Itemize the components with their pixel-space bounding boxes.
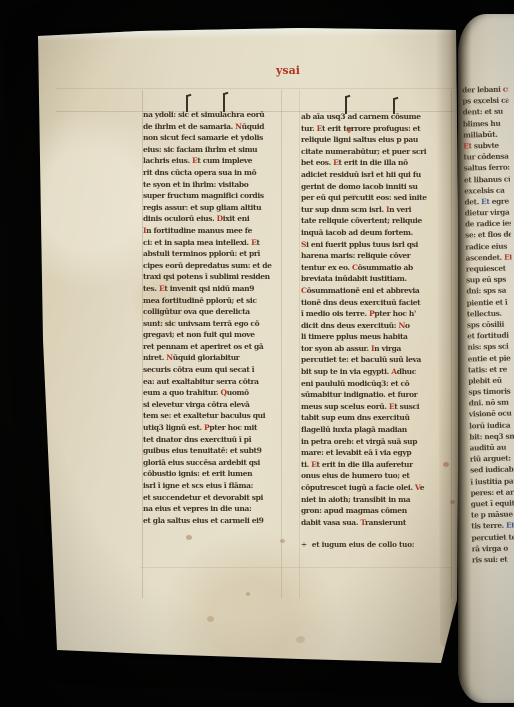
text-line: gron: apud magmas cōmen	[301, 505, 452, 517]
rubric-red-text: I	[371, 344, 374, 353]
text-line: tentur ex eo. Cōsummatio ab	[301, 262, 452, 274]
text-line: tabit sup eum dns exercituū	[301, 412, 452, 424]
text-line: mea fortitudinē pplorū; et sic	[143, 295, 280, 307]
manuscript-page-wrap: ysai na ydoli: sic et simulachra eorūde …	[0, 0, 514, 707]
rubric-red-text: I	[143, 226, 146, 235]
manuscript-page: ysai na ydoli: sic et simulachra eorūde …	[0, 0, 514, 707]
text-line: ī medio ois terre. Ppter hoc h'	[301, 308, 452, 320]
text-line: rit dns cūcta opera sua in mō	[143, 167, 280, 179]
rubric-red-text: T	[360, 518, 365, 527]
text-line: tor syon ab assur. In virga	[301, 343, 452, 355]
rubric-red-text: C	[301, 286, 307, 295]
text-line: na ydoli: sic et simulachra eorū	[143, 109, 280, 121]
text-line: gerint de domo iacob inniti su	[301, 181, 452, 193]
text-line: regis assur: et sup gliam altitu	[143, 202, 280, 214]
page-gutter-shadow	[436, 28, 458, 662]
parchment-stain	[186, 535, 192, 540]
text-line: auditū au	[469, 441, 514, 453]
page-top-edge-highlight	[36, 24, 460, 42]
rubric-red-text: E	[333, 158, 338, 167]
text-line: excelsis ca	[464, 184, 510, 196]
blue-initial-text: Et	[506, 521, 514, 530]
text-line: isrl ī igne et scs eius ī flāma:	[143, 480, 280, 492]
text-line: super fructum magnifici cordis	[143, 190, 280, 202]
text-line: onus eius de humero tuo; et	[301, 470, 452, 482]
text-line: percutiet ter	[471, 531, 514, 543]
text-line: ci: et in sapia mea intellexi. Et	[143, 237, 280, 249]
rubric-red-text: D	[217, 214, 223, 223]
text-line: tet dnator dns exercituū ī pī	[143, 434, 280, 446]
text-line: rā virga o	[472, 542, 514, 554]
text-line: breviata inūdabit iustitiam.	[301, 273, 452, 285]
text-line: inquā iacob ad deum fortem.	[301, 227, 452, 239]
text-line: te p māsue	[471, 509, 514, 521]
text-line: tem se: et exaltetur baculus qui	[143, 410, 280, 422]
text-line: niet in aioth; transibit in ma	[301, 494, 452, 506]
text-line: meus sup scelus eorū. Et susci	[301, 401, 452, 413]
ruling-line-vertical	[299, 90, 300, 598]
text-line: In fortitudine manus mee fe	[143, 225, 280, 237]
text-line: tionē dns deus exercituū faciet	[301, 297, 452, 309]
text-line: si elevetur virga cōtra elevā	[143, 399, 280, 411]
text-line: li timere pplus meus habita	[301, 331, 452, 343]
text-line: tes. Et invenit qsi nidū man9	[143, 283, 280, 295]
text-line: ret pennam et aperiret os et gā	[143, 341, 280, 353]
rubric-red-text: V	[415, 483, 420, 492]
text-line: Si eni fuerit pplus tuus isrl qsi	[301, 239, 452, 251]
rubric-red-text: E	[311, 460, 316, 469]
text-line: guibus eius tenuitatē: et subt9	[143, 445, 280, 457]
text-line: tate reliquie cōvertent; reliquie	[301, 215, 452, 227]
text-line: utiq3 lignū est. Ppter hoc mit	[143, 422, 280, 434]
rubric-red-text: S	[301, 240, 306, 249]
text-line: riū arguet:	[470, 453, 514, 465]
text-line: colligūtur ova que derelicta	[143, 306, 280, 318]
rubric-red-text: E	[389, 402, 394, 411]
next-page-text-fragment-column: der lebani cūps excelsi cadent: et subli…	[462, 84, 514, 566]
text-line: reliquie ligni saltus eius p pau	[301, 134, 452, 146]
text-line: et libanus cū	[464, 173, 510, 185]
rubric-red-text: E	[159, 284, 164, 293]
text-line: sunt: sic univsam terrā ego cō	[143, 318, 280, 330]
ruling-line-horizontal	[56, 88, 454, 89]
rubric-red-text: E	[192, 156, 197, 165]
rubric-red-text: A	[391, 367, 396, 376]
rubric-red-text: E	[317, 124, 322, 133]
text-line: percutiet te: et baculū suū leva	[301, 354, 452, 366]
rubric-red-text: N	[398, 321, 405, 330]
text-line: Cōsummationē eni et abbrevia	[301, 285, 452, 297]
text-line: mare: et levabit eā ī via egyp	[301, 447, 452, 459]
parchment-stain	[207, 616, 214, 622]
rubric-red-text: N	[166, 353, 173, 362]
text-line: dicit dns deus exercituū: No	[301, 320, 452, 332]
rubric-red-text: C	[352, 263, 358, 272]
ruling-line-horizontal	[140, 567, 452, 568]
text-line: in petra oreb: et virgā suā sup	[301, 436, 452, 448]
text-line: te syon et in ihrlm: visitabo	[143, 179, 280, 191]
text-line: ea: aut exaltabitur serra cōtra	[143, 376, 280, 388]
parchment-stain	[246, 592, 250, 596]
text-line: guet ī equita	[471, 497, 514, 509]
text-column-left: na ydoli: sic et simulachra eorūde ihrlm…	[143, 109, 280, 533]
rubric-red-text: Et	[504, 252, 512, 261]
text-line: ris sui: et	[472, 553, 514, 565]
text-line: eni paululū modicūq3: et cō	[301, 378, 452, 390]
rubric-red-text: I	[386, 205, 389, 214]
text-line: lachris eius. Et cum impleve	[143, 155, 280, 167]
blue-initial-text: Et	[481, 197, 490, 206]
correction-tie-mark: ÷	[301, 540, 307, 549]
text-line: na eius et vepres in die una:	[143, 503, 280, 515]
rubric-red-text: E	[251, 238, 256, 247]
text-line: bit: neq3 sm	[469, 430, 514, 442]
text-line: ti. Et erit in die illa auferetur	[301, 459, 452, 471]
correction-text: et iugum eius de collo tuo:	[312, 540, 414, 549]
text-line: dni: sps sa	[466, 285, 512, 297]
text-line: tur. Et erit terrore profugus: et	[301, 123, 452, 135]
text-line: cōputrescet iugū a facie olei. Ve	[301, 482, 452, 494]
text-line: dinis oculorū eius. Dixit eni	[143, 213, 280, 225]
text-line: saltus ferro:	[464, 162, 510, 174]
rubric-red-text: Q	[221, 388, 227, 397]
text-line: bet eos. Et erit in die illa nō	[301, 157, 452, 169]
text-line: ī iustitia pau	[470, 475, 514, 487]
text-line: entie et pie	[468, 352, 514, 364]
text-line: nis: sps sci	[467, 341, 513, 353]
rubric-red-text: cū	[503, 84, 508, 93]
text-column-right: ab aīa usq3 ad carnem cōsumetur. Et erit…	[301, 111, 452, 535]
text-line: abstuli terminos pplorū: et prī	[143, 248, 280, 260]
text-line: gregavi; et non fuit qui move	[143, 329, 280, 341]
text-line: flagellū iuxta plagā madian	[301, 424, 452, 436]
marginal-correction: ÷et iugum eius de collo tuo:	[301, 540, 414, 549]
parchment-stain	[280, 539, 285, 543]
photo-backdrop: ysai na ydoli: sic et simulachra eorūde …	[0, 0, 514, 707]
parchment-stain	[296, 636, 305, 643]
text-line: et gla saltus eius et carmeli ei9	[143, 515, 280, 527]
text-line: cōbustio ignis: et erit lumen	[143, 468, 280, 480]
text-line: peres: et ar	[470, 486, 514, 498]
text-line: citate numerabūtur; et puer scri	[301, 146, 452, 158]
rubric-red-text: P	[369, 309, 374, 318]
text-line: radice eius	[465, 240, 511, 252]
text-line: tur sup dnm scm isrl. In veri	[301, 204, 452, 216]
text-line: gloriā eius succēsa ardebit qsi	[143, 457, 280, 469]
text-line: adiciet residuū isrl et hii qui fu	[301, 169, 452, 181]
text-line: niret. Nūquid gloriabitur	[143, 352, 280, 364]
running-title: ysai	[276, 64, 300, 77]
next-page-edge: der lebani cūps excelsi cadent: et subli…	[458, 14, 514, 703]
text-line: sed iudicabit	[470, 464, 514, 476]
text-line: eius: sic faciam ihrlm et simu	[143, 144, 280, 156]
text-line: bit sup te in via egypti. Adhuc	[301, 366, 452, 378]
rubric-red-text: N	[235, 122, 242, 131]
text-line: cipes eorū depredatus sum: et de	[143, 260, 280, 272]
text-line: ab aīa usq3 ad carnem cōsume	[301, 111, 452, 123]
text-line: non sicut feci samarie et ydolis	[143, 132, 280, 144]
text-line: et succendetur et devorabit spi	[143, 492, 280, 504]
text-line: pientie et ī	[466, 296, 512, 308]
text-line: sūmabitur indignatio. et furor	[301, 389, 452, 401]
text-line: se: et flos de	[465, 229, 511, 241]
text-line: de ihrlm et de samaria. Nūquid	[143, 121, 280, 133]
ruling-line-vertical	[281, 90, 282, 598]
text-line: visionē ocu	[469, 408, 514, 420]
text-line: securis cōtra eum qui secat ī	[143, 364, 280, 376]
rubric-red-text: Et	[463, 141, 472, 150]
text-line: traxi qsi potens ī sublimi residen	[143, 271, 280, 283]
text-line: lorū iudica	[469, 419, 514, 431]
rubric-red-text: P	[204, 423, 209, 432]
text-line: eum a quo trahitur. Quomō	[143, 387, 280, 399]
text-line: per eū qui percutit eos: sed īnite	[301, 192, 452, 204]
text-line: harena maris: reliquie cōver	[301, 250, 452, 262]
text-line: tis terre. Et	[471, 520, 514, 532]
text-line: dent: et su	[462, 106, 508, 118]
text-line: dabit vasa sua. Transierunt	[301, 517, 452, 529]
